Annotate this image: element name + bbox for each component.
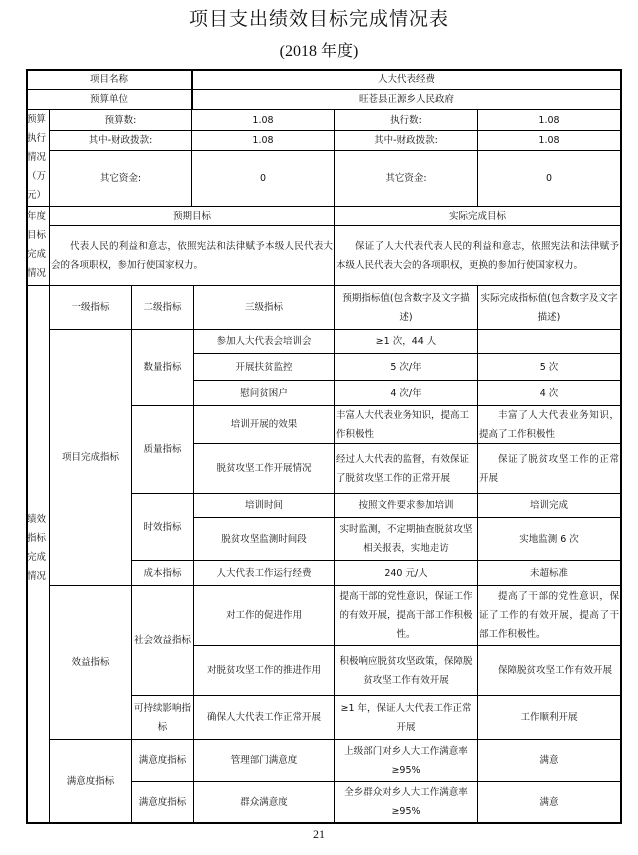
row-2-level3: 慰问贫困户 (193, 380, 335, 406)
row-9-level3: 对脱贫攻坚工作的推进作用 (193, 645, 335, 696)
row-4-level3: 脱贫攻坚工作开展情况 (193, 443, 335, 494)
row-8-expected: 提高干部的党性意识，保证工作的有效开展，提高干部工作积极性。 (334, 585, 478, 646)
row-7-actual: 未超标准 (477, 560, 621, 586)
row-0-expected: ≥1 次，44 人 (334, 329, 478, 354)
row-3-actual: 丰富了人大代表业务知识，提高了工作积极性 (477, 405, 621, 444)
row-5-expected: 按照文件要求参加培训 (334, 493, 478, 518)
executed-amount-label: 执行数: (334, 109, 478, 131)
row-7-expected: 240 元/人 (334, 560, 478, 586)
annual-goal-label-text: 年度目标完成情况 (27, 207, 49, 283)
row-3-actual-text: 丰富了人大代表业务知识，提高了工作积极性 (479, 406, 619, 444)
row-1-actual: 5 次 (477, 353, 621, 381)
annual-goal-label: 年度目标完成情况 (26, 206, 50, 286)
expected-goal-paragraph: 代表人民的利益和意志，依照宪法和法律赋予本级人民代表大会的各项职权，参加行使国家… (51, 237, 333, 275)
row-3-level3: 培训开展的效果 (193, 405, 335, 444)
row-0-actual (477, 329, 621, 354)
header-level3: 三级指标 (193, 285, 335, 330)
page-number: 21 (0, 827, 638, 842)
level2-satisfaction-1: 满意度指标 (131, 739, 194, 782)
row-8-level3: 对工作的促进作用 (193, 585, 335, 646)
row-9-expected: 积极响应脱贫攻坚政策，保障脱贫攻坚工作有效开展 (334, 645, 478, 696)
row-2-actual: 4 次 (477, 380, 621, 406)
row-12-expected: 全乡群众对乡人大工作满意率≥95% (334, 781, 478, 823)
row-9-actual-text: 保障脱贫攻坚工作有效开展 (479, 661, 619, 680)
row-10-actual: 工作顺利开展 (477, 695, 621, 740)
row-8-actual-text: 提高了干部的党性意识，保证了工作的有效开展，提高了干部工作积极性。 (479, 587, 619, 644)
actual-goal-text: 保证了人大代表代表人民的利益和意志，依照宪法和法律赋予本级人民代表大会的各项职权… (334, 225, 621, 286)
other-funds-value-1: 0 (191, 150, 335, 207)
header-level1: 一级指标 (49, 285, 132, 330)
project-name-label: 项目名称 (26, 69, 192, 90)
row-4-actual: 保证了脱贫攻坚工作的正常开展 (477, 443, 621, 494)
budget-section-label-text: 预算执行情况（万元） (27, 110, 49, 205)
level1-project-completion: 项目完成指标 (49, 329, 132, 586)
other-funds-value-2: 0 (477, 150, 621, 207)
level2-sustainable: 可持续影响指标 (131, 695, 194, 740)
level2-timeliness: 时效指标 (131, 493, 194, 561)
row-4-expected: 经过人大代表的监督，有效保证了脱贫攻坚工作的正常开展 (334, 443, 478, 494)
level1-benefit: 效益指标 (49, 585, 132, 740)
row-9-actual: 保障脱贫攻坚工作有效开展 (477, 645, 621, 696)
budget-unit-value: 旺苍县正源乡人民政府 (192, 89, 621, 110)
row-11-level3: 管理部门满意度 (193, 739, 335, 782)
row-1-level3: 开展扶贫监控 (193, 353, 335, 381)
row-11-expected: 上级部门对乡人大工作满意率≥95% (334, 739, 478, 782)
row-3-expected: 丰富人大代表业务知识，提高工作积极性 (334, 405, 478, 444)
page-subtitle: (2018 年度) (0, 38, 638, 61)
row-0-level3: 参加人大代表会培训会 (193, 329, 335, 354)
row-10-expected: ≥1 年，保证人大代表工作正常开展 (334, 695, 478, 740)
row-1-expected: 5 次/年 (334, 353, 478, 381)
row-5-actual: 培训完成 (477, 493, 621, 518)
actual-goal-paragraph: 保证了人大代表代表人民的利益和意志，依照宪法和法律赋予本级人民代表大会的各项职权… (336, 237, 619, 275)
fiscal-alloc-label-2: 其中-财政拨款: (334, 130, 478, 151)
row-2-expected: 4 次/年 (334, 380, 478, 406)
fiscal-alloc-label-1: 其中-财政拨款: (49, 130, 192, 151)
executed-amount-value: 1.08 (477, 109, 621, 131)
fiscal-alloc-value-1: 1.08 (191, 130, 335, 151)
actual-goal-header: 实际完成目标 (334, 206, 621, 226)
row-11-actual: 满意 (477, 739, 621, 782)
row-12-actual: 满意 (477, 781, 621, 823)
row-6-level3: 脱贫攻坚监测时间段 (193, 517, 335, 561)
other-funds-label-1: 其它资金: (49, 150, 192, 207)
row-8-actual: 提高了干部的党性意识，保证了工作的有效开展，提高了干部工作积极性。 (477, 585, 621, 646)
fiscal-alloc-value-2: 1.08 (477, 130, 621, 151)
level2-social-benefit: 社会效益指标 (131, 585, 194, 696)
row-12-level3: 群众满意度 (193, 781, 335, 823)
header-level2: 二级指标 (131, 285, 194, 330)
level2-quality: 质量指标 (131, 405, 194, 494)
budget-amount-label: 预算数: (49, 109, 192, 131)
expected-goal-text: 代表人民的利益和意志，依照宪法和法律赋予本级人民代表大会的各项职权，参加行使国家… (49, 225, 335, 286)
row-5-level3: 培训时间 (193, 493, 335, 518)
header-actual: 实际完成指标值(包含数字及文字描述) (477, 285, 621, 330)
row-6-expected: 实时监测，不定期抽查脱贫攻坚相关报表，实地走访 (334, 517, 478, 561)
row-7-level3: 人大代表工作运行经费 (193, 560, 335, 586)
performance-section-label: 绩效指标完成情况 (26, 285, 50, 823)
row-10-level3: 确保人大代表工作正常开展 (193, 695, 335, 740)
project-name-value: 人大代表经费 (192, 69, 621, 90)
level2-quantity: 数量指标 (131, 329, 194, 406)
page-title: 项目支出绩效目标完成情况表 (0, 4, 638, 31)
expected-goal-header: 预期目标 (49, 206, 335, 226)
level2-cost: 成本指标 (131, 560, 194, 586)
budget-unit-label: 预算单位 (26, 89, 192, 110)
level1-satisfaction: 满意度指标 (49, 739, 132, 823)
budget-amount-value: 1.08 (191, 109, 335, 131)
budget-section-label: 预算执行情况（万元） (26, 109, 50, 207)
level2-satisfaction-2: 满意度指标 (131, 781, 194, 823)
header-expected: 预期指标值(包含数字及文字描述) (334, 285, 478, 330)
performance-section-label-text: 绩效指标完成情况 (27, 510, 49, 586)
row-6-actual: 实地监测 6 次 (477, 517, 621, 561)
other-funds-label-2: 其它资金: (334, 150, 478, 207)
row-4-actual-text: 保证了脱贫攻坚工作的正常开展 (479, 450, 619, 488)
